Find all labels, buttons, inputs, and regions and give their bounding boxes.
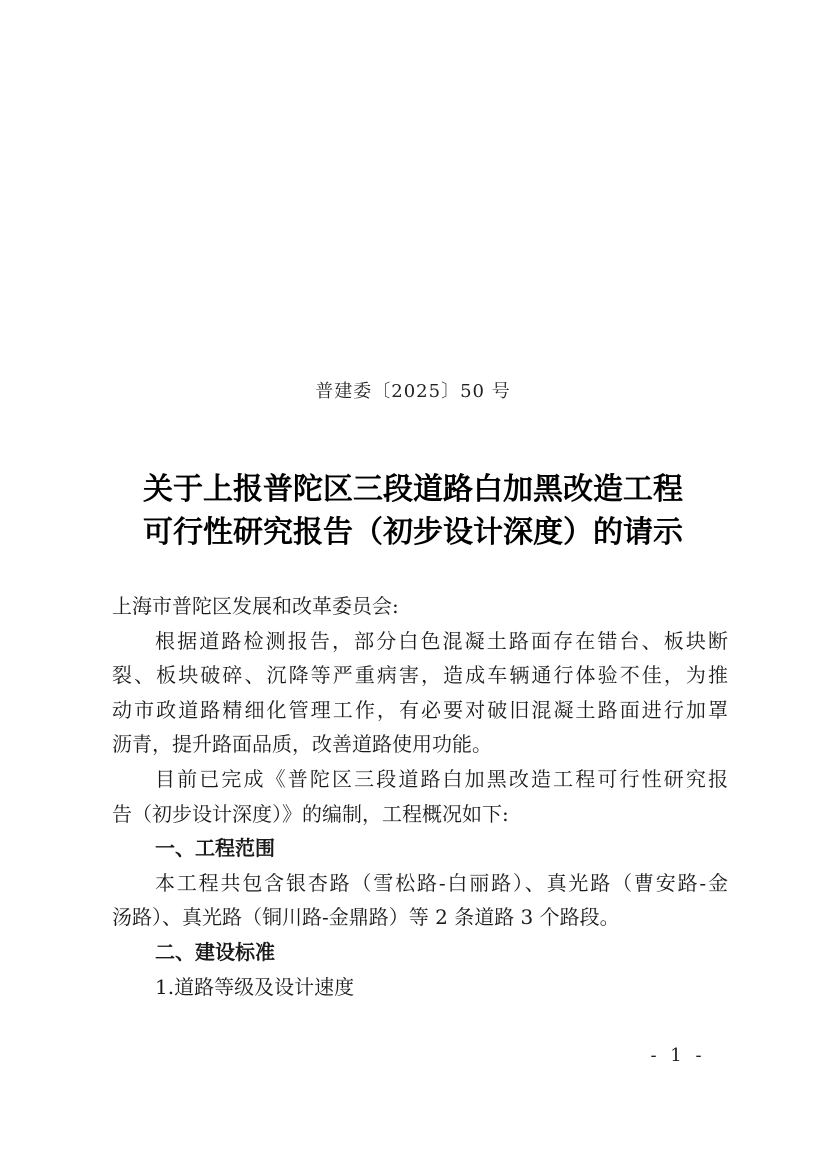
paragraph-1-line-2: 裂、板块破碎、沉降等严重病害，造成车辆通行体验不佳，为推 (112, 658, 728, 693)
paragraph-1-line-1: 根据道路检测报告，部分白色混凝土路面存在错台、板块断 (112, 624, 728, 659)
section-1-line-1: 本工程共包含银杏路（雪松路-白丽路）、真光路（曹安路-金 (112, 866, 728, 901)
section-1-heading: 一、工程范围 (112, 831, 728, 866)
addressee: 上海市普陀区发展和改革委员会: (112, 589, 728, 624)
document-title: 关于上报普陀区三段道路白加黑改造工程 可行性研究报告（初步设计深度）的请示 (0, 468, 826, 554)
page-number: - 1 - (648, 1045, 708, 1066)
title-line-1: 关于上报普陀区三段道路白加黑改造工程 (0, 468, 826, 511)
document-page: 普建委〔2025〕50 号 关于上报普陀区三段道路白加黑改造工程 可行性研究报告… (0, 0, 826, 1169)
paragraph-1-line-4: 沥青，提升路面品质，改善道路使用功能。 (112, 727, 728, 762)
subsection-1-heading: 1.道路等级及设计速度 (112, 970, 728, 1005)
paragraph-2-line-2: 告（初步设计深度）》的编制，工程概况如下: (112, 797, 728, 832)
section-1-line-2: 汤路）、真光路（铜川路-金鼎路）等 2 条道路 3 个路段。 (112, 900, 728, 935)
document-number: 普建委〔2025〕50 号 (0, 377, 826, 403)
title-line-2: 可行性研究报告（初步设计深度）的请示 (0, 511, 826, 554)
paragraph-2-line-1: 目前已完成《普陀区三段道路白加黑改造工程可行性研究报 (112, 762, 728, 797)
section-2-heading: 二、建设标准 (112, 935, 728, 970)
document-body: 上海市普陀区发展和改革委员会: 根据道路检测报告，部分白色混凝土路面存在错台、板… (112, 589, 728, 1004)
paragraph-1-line-3: 动市政道路精细化管理工作，有必要对破旧混凝土路面进行加罩 (112, 693, 728, 728)
